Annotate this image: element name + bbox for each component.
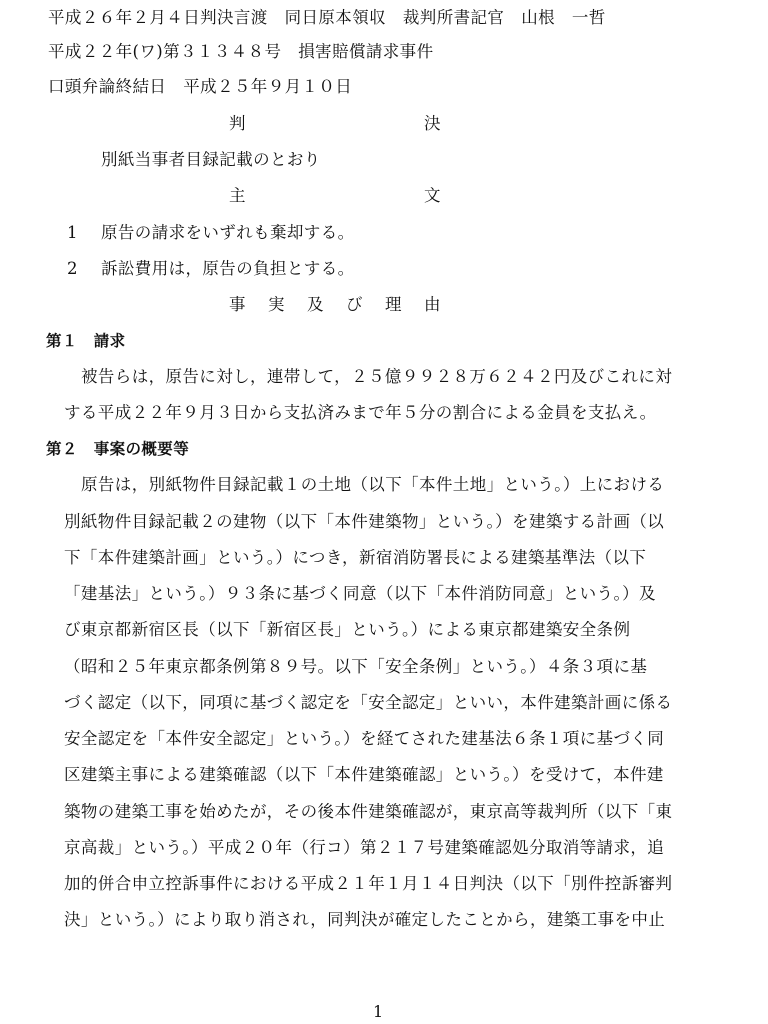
- section-2-paragraph-line: 安全認定を「本件安全認定」という。）を経てされた建基法６条１項に基づく同: [64, 729, 664, 749]
- title-char: び: [346, 295, 363, 315]
- title-char: 実: [268, 295, 285, 315]
- title-char: 由: [424, 295, 441, 315]
- header-case-number: 平成２２年(ワ)第３１３４８号 損害賠償請求事件: [48, 42, 433, 62]
- title-char: 理: [385, 295, 402, 315]
- section-2-heading: 第２ 事案の概要等: [46, 439, 189, 459]
- main-text-item-number: 1: [67, 223, 78, 243]
- section-2-paragraph-line: 下「本件建築計画」という。）につき，新宿消防署長による建築基準法（以下: [64, 548, 646, 568]
- section-1-paragraph-line: 被告らは，原告に対し，連帯して，２５億９９２８万６２４２円及びこれに対: [81, 367, 672, 387]
- title-char: 及: [307, 295, 324, 315]
- header-delivery-line: 平成２６年２月４日判決言渡 同日原本領収 裁判所書記官 山根 一哲: [48, 8, 606, 28]
- section-2-paragraph-line: び東京都新宿区長（以下「新宿区長」という。）による東京都建築安全条例: [64, 620, 630, 640]
- main-text-item-text: 原告の請求をいずれも棄却する。: [101, 223, 355, 243]
- main-text-item-number: 2: [67, 259, 78, 279]
- main-text-title-right: 文: [424, 186, 441, 206]
- title-char: 事: [229, 295, 246, 315]
- section-2-paragraph-line: 「建基法」という。）９３条に基づく同意（以下「本件消防同意」という。）及: [64, 584, 656, 604]
- section-2-paragraph-line: 京高裁」という。）平成２０年（行コ）第２１７号建築確認処分取消等請求，追: [64, 838, 664, 858]
- judgment-title-left: 判: [229, 114, 246, 134]
- parties-note: 別紙当事者目録記載のとおり: [101, 150, 321, 170]
- section-2-paragraph-line: 加的併合申立控訴事件における平成２１年１月１４日判決（以下「別件控訴審判: [64, 874, 672, 894]
- section-1-heading: 第１ 請求: [46, 331, 126, 351]
- header-hearing-end-date: 口頭弁論終結日 平成２５年９月１０日: [48, 77, 352, 97]
- main-text-title-left: 主: [229, 186, 246, 206]
- section-2-paragraph-line: づく認定（以下，同項に基づく認定を「安全認定」といい，本件建築計画に係る: [64, 693, 672, 713]
- document-page: 平成２６年２月４日判決言渡 同日原本領収 裁判所書記官 山根 一哲 平成２２年(…: [0, 0, 768, 1024]
- section-2-paragraph-line: （昭和２５年東京都条例第８９号。以下「安全条例」という。）４条３項に基: [64, 657, 647, 677]
- judgment-title-right: 決: [424, 114, 441, 134]
- section-1-paragraph-line: する平成２２年９月３日から支払済みまで年５分の割合による金員を支払え。: [64, 403, 657, 423]
- main-text-item-text: 訴訟費用は，原告の負担とする。: [101, 259, 355, 279]
- section-2-paragraph-line: 区建築主事による建築確認（以下「本件建築確認」という。）を受けて，本件建: [64, 765, 664, 785]
- page-number: 1: [373, 1002, 383, 1022]
- section-2-paragraph-line: 築物の建築工事を始めたが，その後本件建築確認が，東京高等裁判所（以下「東: [64, 802, 672, 822]
- section-2-paragraph-line: 原告は，別紙物件目録記載１の土地（以下「本件土地」という。）上における: [81, 475, 664, 495]
- section-2-paragraph-line: 決」という。）により取り消され，同判決が確定したことから，建築工事を中止: [64, 910, 665, 930]
- section-2-paragraph-line: 別紙物件目録記載２の建物（以下「本件建築物」という。）を建築する計画（以: [64, 512, 664, 532]
